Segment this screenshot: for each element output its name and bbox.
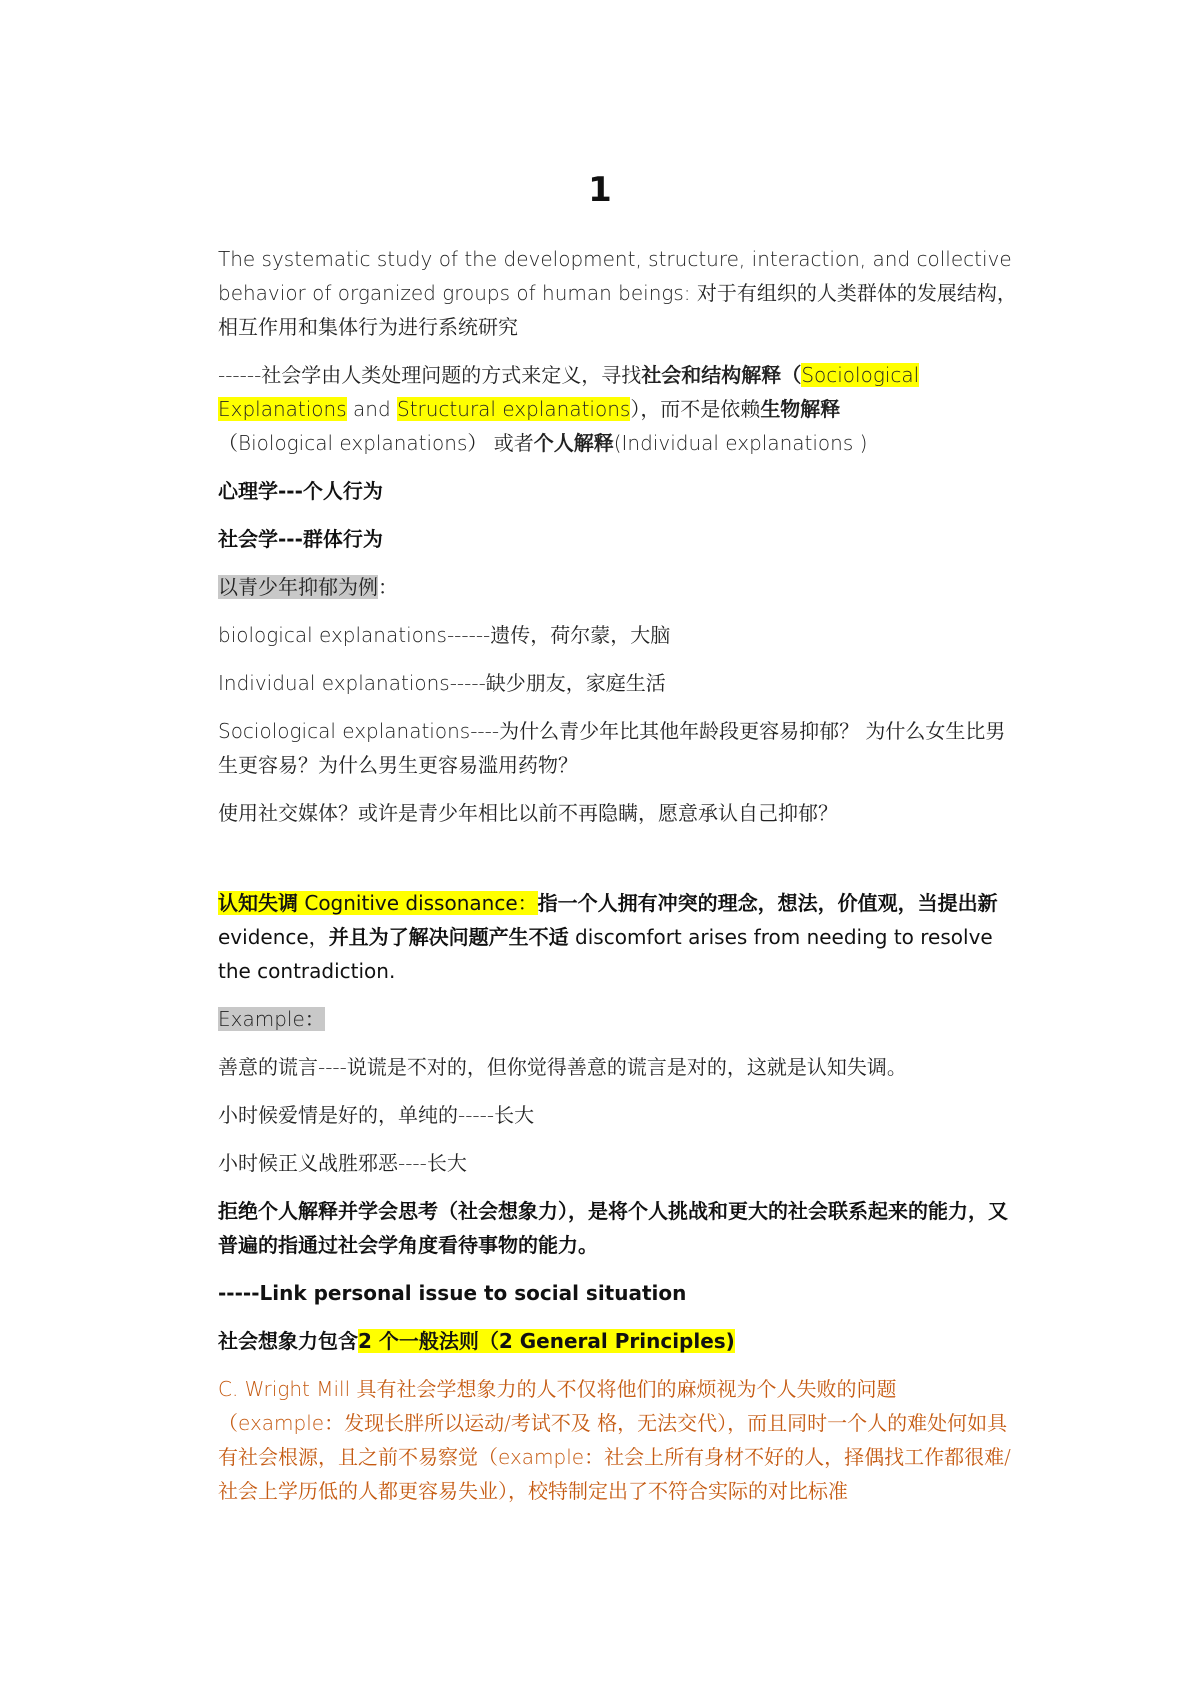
link-personal-issue-line: -----Link personal issue to social situa… [218,1276,1018,1310]
biological-explanations-text: （Biological explanations） [218,431,487,455]
heading-suffix: ： [378,575,398,599]
cognitive-def-bold-1: 指一个人拥有冲突的理念，想法，价值观，当提出新 [538,891,998,915]
psychology-line: 心理学---个人行为 [218,474,1018,508]
document-page: 1 The systematic study of the developmen… [0,0,1200,1698]
cognitive-dissonance-paragraph: 认知失调 Cognitive dissonance：指一个人拥有冲突的理念，想法… [218,886,1018,988]
explanation-paragraph: ------社会学由人类处理问题的方式来定义，寻找社会和结构解释（Sociolo… [218,358,1018,460]
or-text: 或者 [487,431,533,455]
depression-example-heading: 以青少年抑郁为例： [218,570,1018,604]
explanation-bold-individual: 个人解释 [534,431,614,455]
wright-mill-paragraph: C. Wright Mill 具有社会学想象力的人不仅将他们的麻烦视为个人失败的… [218,1372,1018,1508]
example-label: Example： [218,1002,1018,1036]
spacer [218,844,1018,886]
document-body: The systematic study of the development,… [218,242,1018,1522]
cognitive-def-bold-2: 并且为了解决问题产生不适 [329,925,569,949]
individual-explanations-text: (Individual explanations ) [614,431,868,455]
cognitive-example-white-lie: 善意的谎言----说谎是不对的，但你觉得善意的谎言是对的，这就是认知失调。 [218,1050,1018,1084]
paren-open: （ [781,363,801,387]
definition-paragraph: The systematic study of the development,… [218,242,1018,344]
highlight-general-principles: 2 个一般法则（2 General Principles) [358,1329,735,1353]
general-principles-line: 社会想象力包含2 个一般法则（2 General Principles) [218,1324,1018,1358]
sociological-imagination-paragraph: 拒绝个人解释并学会思考（社会想象力），是将个人挑战和更大的社会联系起来的能力，又… [218,1194,1018,1262]
depression-example-biological: biological explanations------遗传，荷尔蒙，大脑 [218,618,1018,652]
paren-close: ） [630,397,640,421]
highlight-cognitive-en: Cognitive dissonance： [298,891,538,915]
page-number: 1 [0,168,1200,212]
explanation-middle: ，而不是依赖 [640,397,760,421]
cognitive-example-justice: 小时候正义战胜邪恶----长大 [218,1146,1018,1180]
explanation-bold-social-structural: 社会和结构解释 [641,363,781,387]
highlight-example: Example [218,1007,305,1031]
example-suffix: ： [305,1007,325,1031]
sociology-line: 社会学---群体行为 [218,522,1018,556]
depression-example-social-media: 使用社交媒体？或许是青少年相比以前不再隐瞒，愿意承认自己抑郁？ [218,796,1018,830]
and-text: and [347,397,397,421]
highlight-cognitive-cn: 认知失调 [218,891,298,915]
depression-example-sociological: Sociological explanations----为什么青少年比其他年龄… [218,714,1018,782]
evidence-text: evidence， [218,925,329,949]
highlight-structural: Structural explanations [397,397,630,421]
explanation-intro: ------社会学由人类处理问题的方式来定义，寻找 [218,363,641,387]
cognitive-example-love: 小时候爱情是好的，单纯的-----长大 [218,1098,1018,1132]
explanation-bold-biological: 生物解释 [760,397,840,421]
principles-prefix: 社会想象力包含 [218,1329,358,1353]
depression-example-individual: Individual explanations-----缺少朋友，家庭生活 [218,666,1018,700]
highlight-depression-example: 以青少年抑郁为例 [218,575,378,599]
